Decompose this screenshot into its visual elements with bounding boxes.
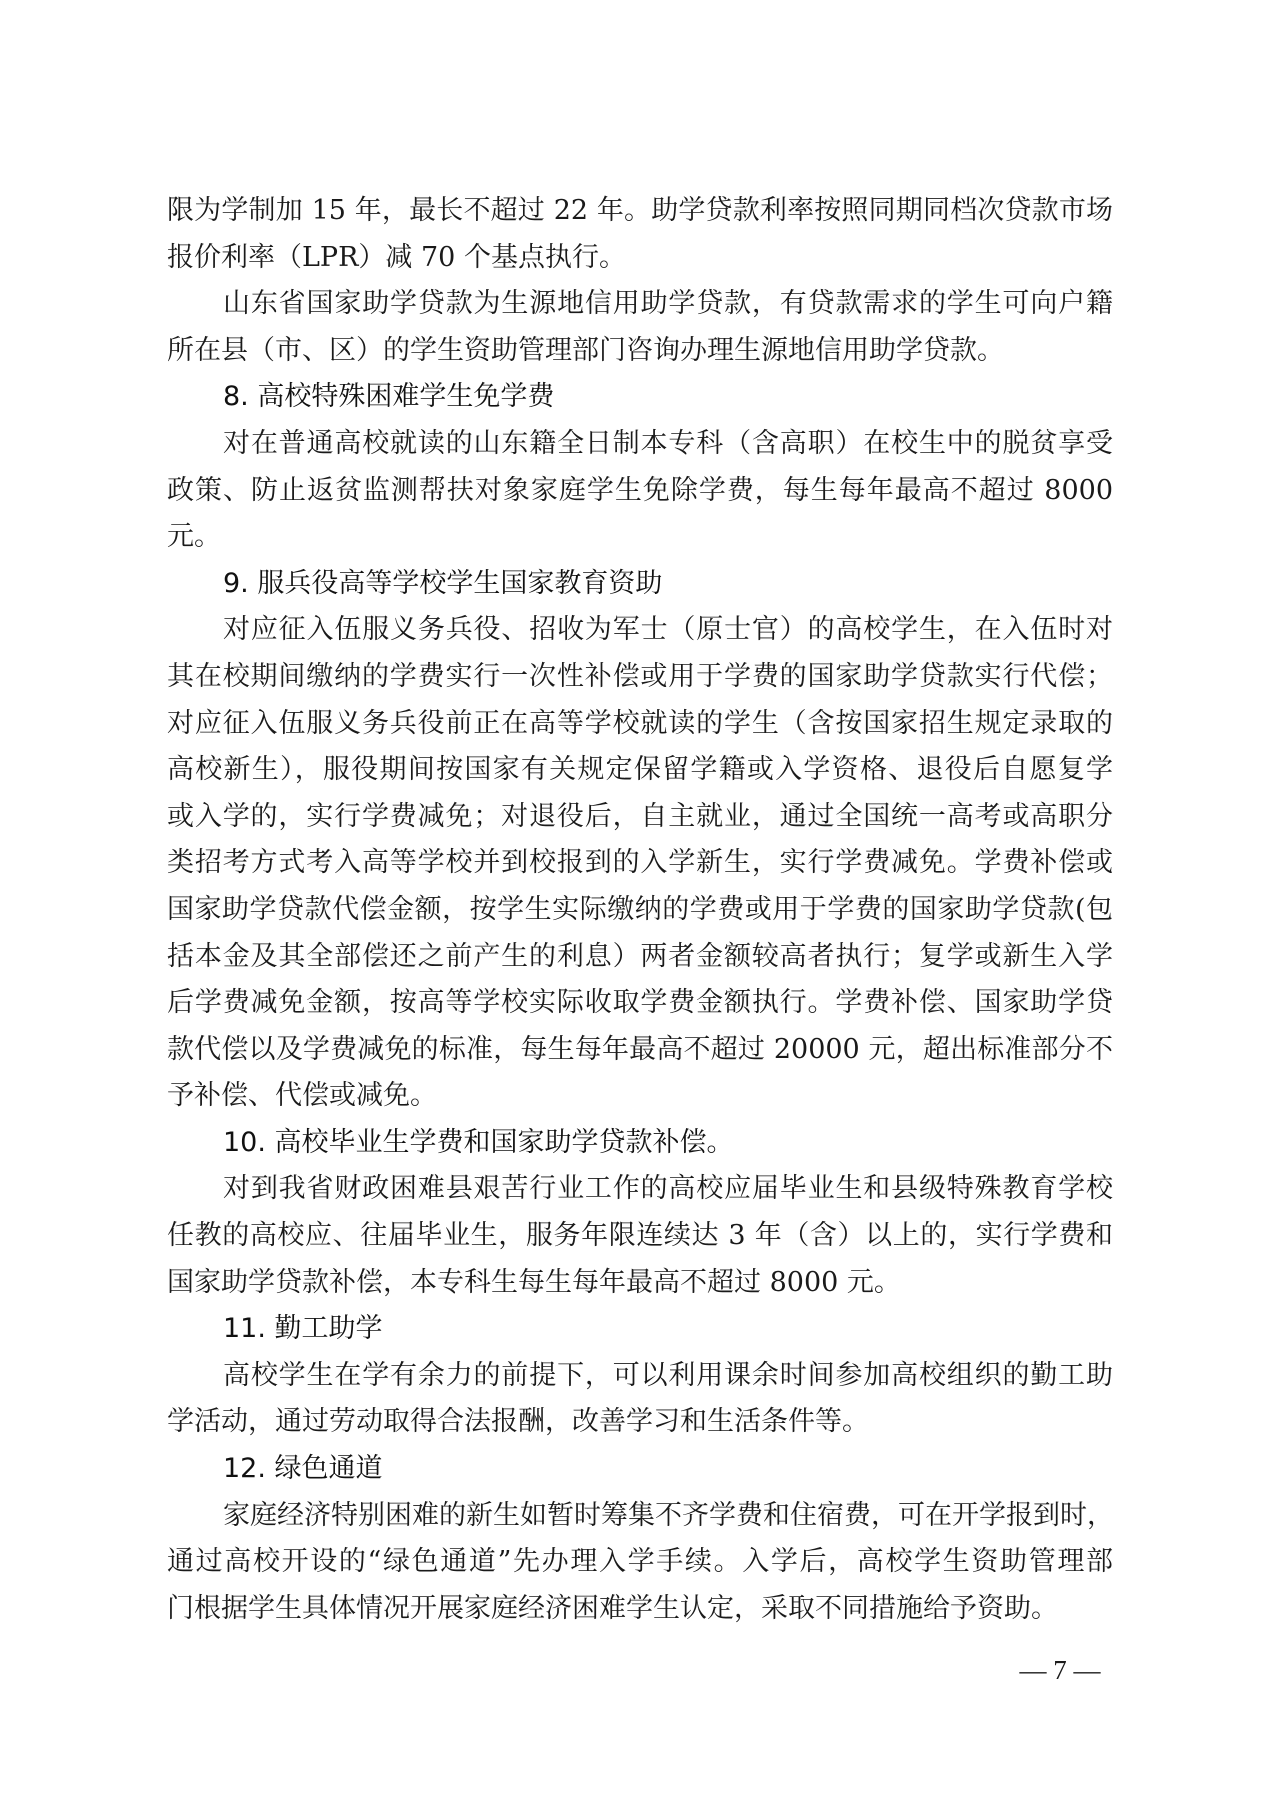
text-line: 任教的高校应、往届毕业生，服务年限连续达 3 年（含）以上的，实行学费和 (167, 1213, 1113, 1260)
section-heading-9: 9. 服兵役高等学校学生国家教育资助 (167, 561, 1113, 608)
paragraph-work-study: 高校学生在学有余力的前提下，可以利用课余时间参加高校组织的勤工助 学活动，通过劳… (167, 1353, 1113, 1446)
text-line: 高校新生），服役期间按国家有关规定保留学籍或入学资格、退役后自愿复学 (167, 747, 1113, 794)
text-line: 高校学生在学有余力的前提下，可以利用课余时间参加高校组织的勤工助 (167, 1353, 1113, 1400)
text-line: 予补偿、代偿或减免。 (167, 1073, 1113, 1120)
section-heading-10: 10. 高校毕业生学费和国家助学贷款补偿。 (167, 1120, 1113, 1167)
paragraph-graduate-compensation: 对到我省财政困难县艰苦行业工作的高校应届毕业生和县级特殊教育学校 任教的高校应、… (167, 1166, 1113, 1306)
text-line: 或入学的，实行学费减免；对退役后，自主就业，通过全国统一高考或高职分 (167, 794, 1113, 841)
text-line: 对到我省财政困难县艰苦行业工作的高校应届毕业生和县级特殊教育学校 (167, 1166, 1113, 1213)
text-line: 门根据学生具体情况开展家庭经济困难学生认定，采取不同措施给予资助。 (167, 1586, 1113, 1633)
text-line: 所在县（市、区）的学生资助管理部门咨询办理生源地信用助学贷款。 (167, 328, 1113, 375)
section-heading-11: 11. 勤工助学 (167, 1306, 1113, 1353)
text-line: 家庭经济特别困难的新生如暂时筹集不齐学费和住宿费，可在开学报到时， (167, 1493, 1113, 1540)
text-line: 元。 (167, 514, 1113, 561)
text-line: 对应征入伍服义务兵役前正在高等学校就读的学生（含按国家招生规定录取的 (167, 701, 1113, 748)
paragraph-loan-terms: 限为学制加 15 年，最长不超过 22 年。助学贷款利率按照同期同档次贷款市场 … (167, 188, 1113, 281)
text-line: 对在普通高校就读的山东籍全日制本专科（含高职）在校生中的脱贫享受 (167, 421, 1113, 468)
paragraph-green-channel: 家庭经济特别困难的新生如暂时筹集不齐学费和住宿费，可在开学报到时， 通过高校开设… (167, 1493, 1113, 1633)
text-line: 学活动，通过劳动取得合法报酬，改善学习和生活条件等。 (167, 1399, 1113, 1446)
text-line: 山东省国家助学贷款为生源地信用助学贷款，有贷款需求的学生可向户籍 (167, 281, 1113, 328)
text-line: 国家助学贷款代偿金额，按学生实际缴纳的学费或用于学费的国家助学贷款(包 (167, 887, 1113, 934)
text-line: 政策、防止返贫监测帮扶对象家庭学生免除学费，每生每年最高不超过 8000 (167, 468, 1113, 515)
paragraph-military-service-aid: 对应征入伍服义务兵役、招收为军士（原士官）的高校学生，在入伍时对 其在校期间缴纳… (167, 607, 1113, 1120)
text-line: 后学费减免金额，按高等学校实际收取学费金额执行。学费补偿、国家助学贷 (167, 980, 1113, 1027)
text-line: 报价利率（LPR）减 70 个基点执行。 (167, 235, 1113, 282)
text-line: 类招考方式考入高等学校并到校报到的入学新生，实行学费减免。学费补偿或 (167, 840, 1113, 887)
section-heading-12: 12. 绿色通道 (167, 1446, 1113, 1493)
text-line: 限为学制加 15 年，最长不超过 22 年。助学贷款利率按照同期同档次贷款市场 (167, 188, 1113, 235)
text-line: 通过高校开设的“绿色通道”先办理入学手续。入学后，高校学生资助管理部 (167, 1539, 1113, 1586)
text-line: 对应征入伍服义务兵役、招收为军士（原士官）的高校学生，在入伍时对 (167, 607, 1113, 654)
document-page-body: 限为学制加 15 年，最长不超过 22 年。助学贷款利率按照同期同档次贷款市场 … (167, 188, 1113, 1632)
page-number: — 7 — (1010, 1650, 1110, 1690)
text-line: 括本金及其全部偿还之前产生的利息）两者金额较高者执行；复学或新生入学 (167, 934, 1113, 981)
text-line: 款代偿以及学费减免的标准，每生每年最高不超过 20000 元，超出标准部分不 (167, 1027, 1113, 1074)
text-line: 其在校期间缴纳的学费实行一次性补偿或用于学费的国家助学贷款实行代偿； (167, 654, 1113, 701)
paragraph-tuition-exemption: 对在普通高校就读的山东籍全日制本专科（含高职）在校生中的脱贫享受 政策、防止返贫… (167, 421, 1113, 561)
paragraph-shandong-loan: 山东省国家助学贷款为生源地信用助学贷款，有贷款需求的学生可向户籍 所在县（市、区… (167, 281, 1113, 374)
section-heading-8: 8. 高校特殊困难学生免学费 (167, 374, 1113, 421)
text-line: 国家助学贷款补偿，本专科生每生每年最高不超过 8000 元。 (167, 1260, 1113, 1307)
